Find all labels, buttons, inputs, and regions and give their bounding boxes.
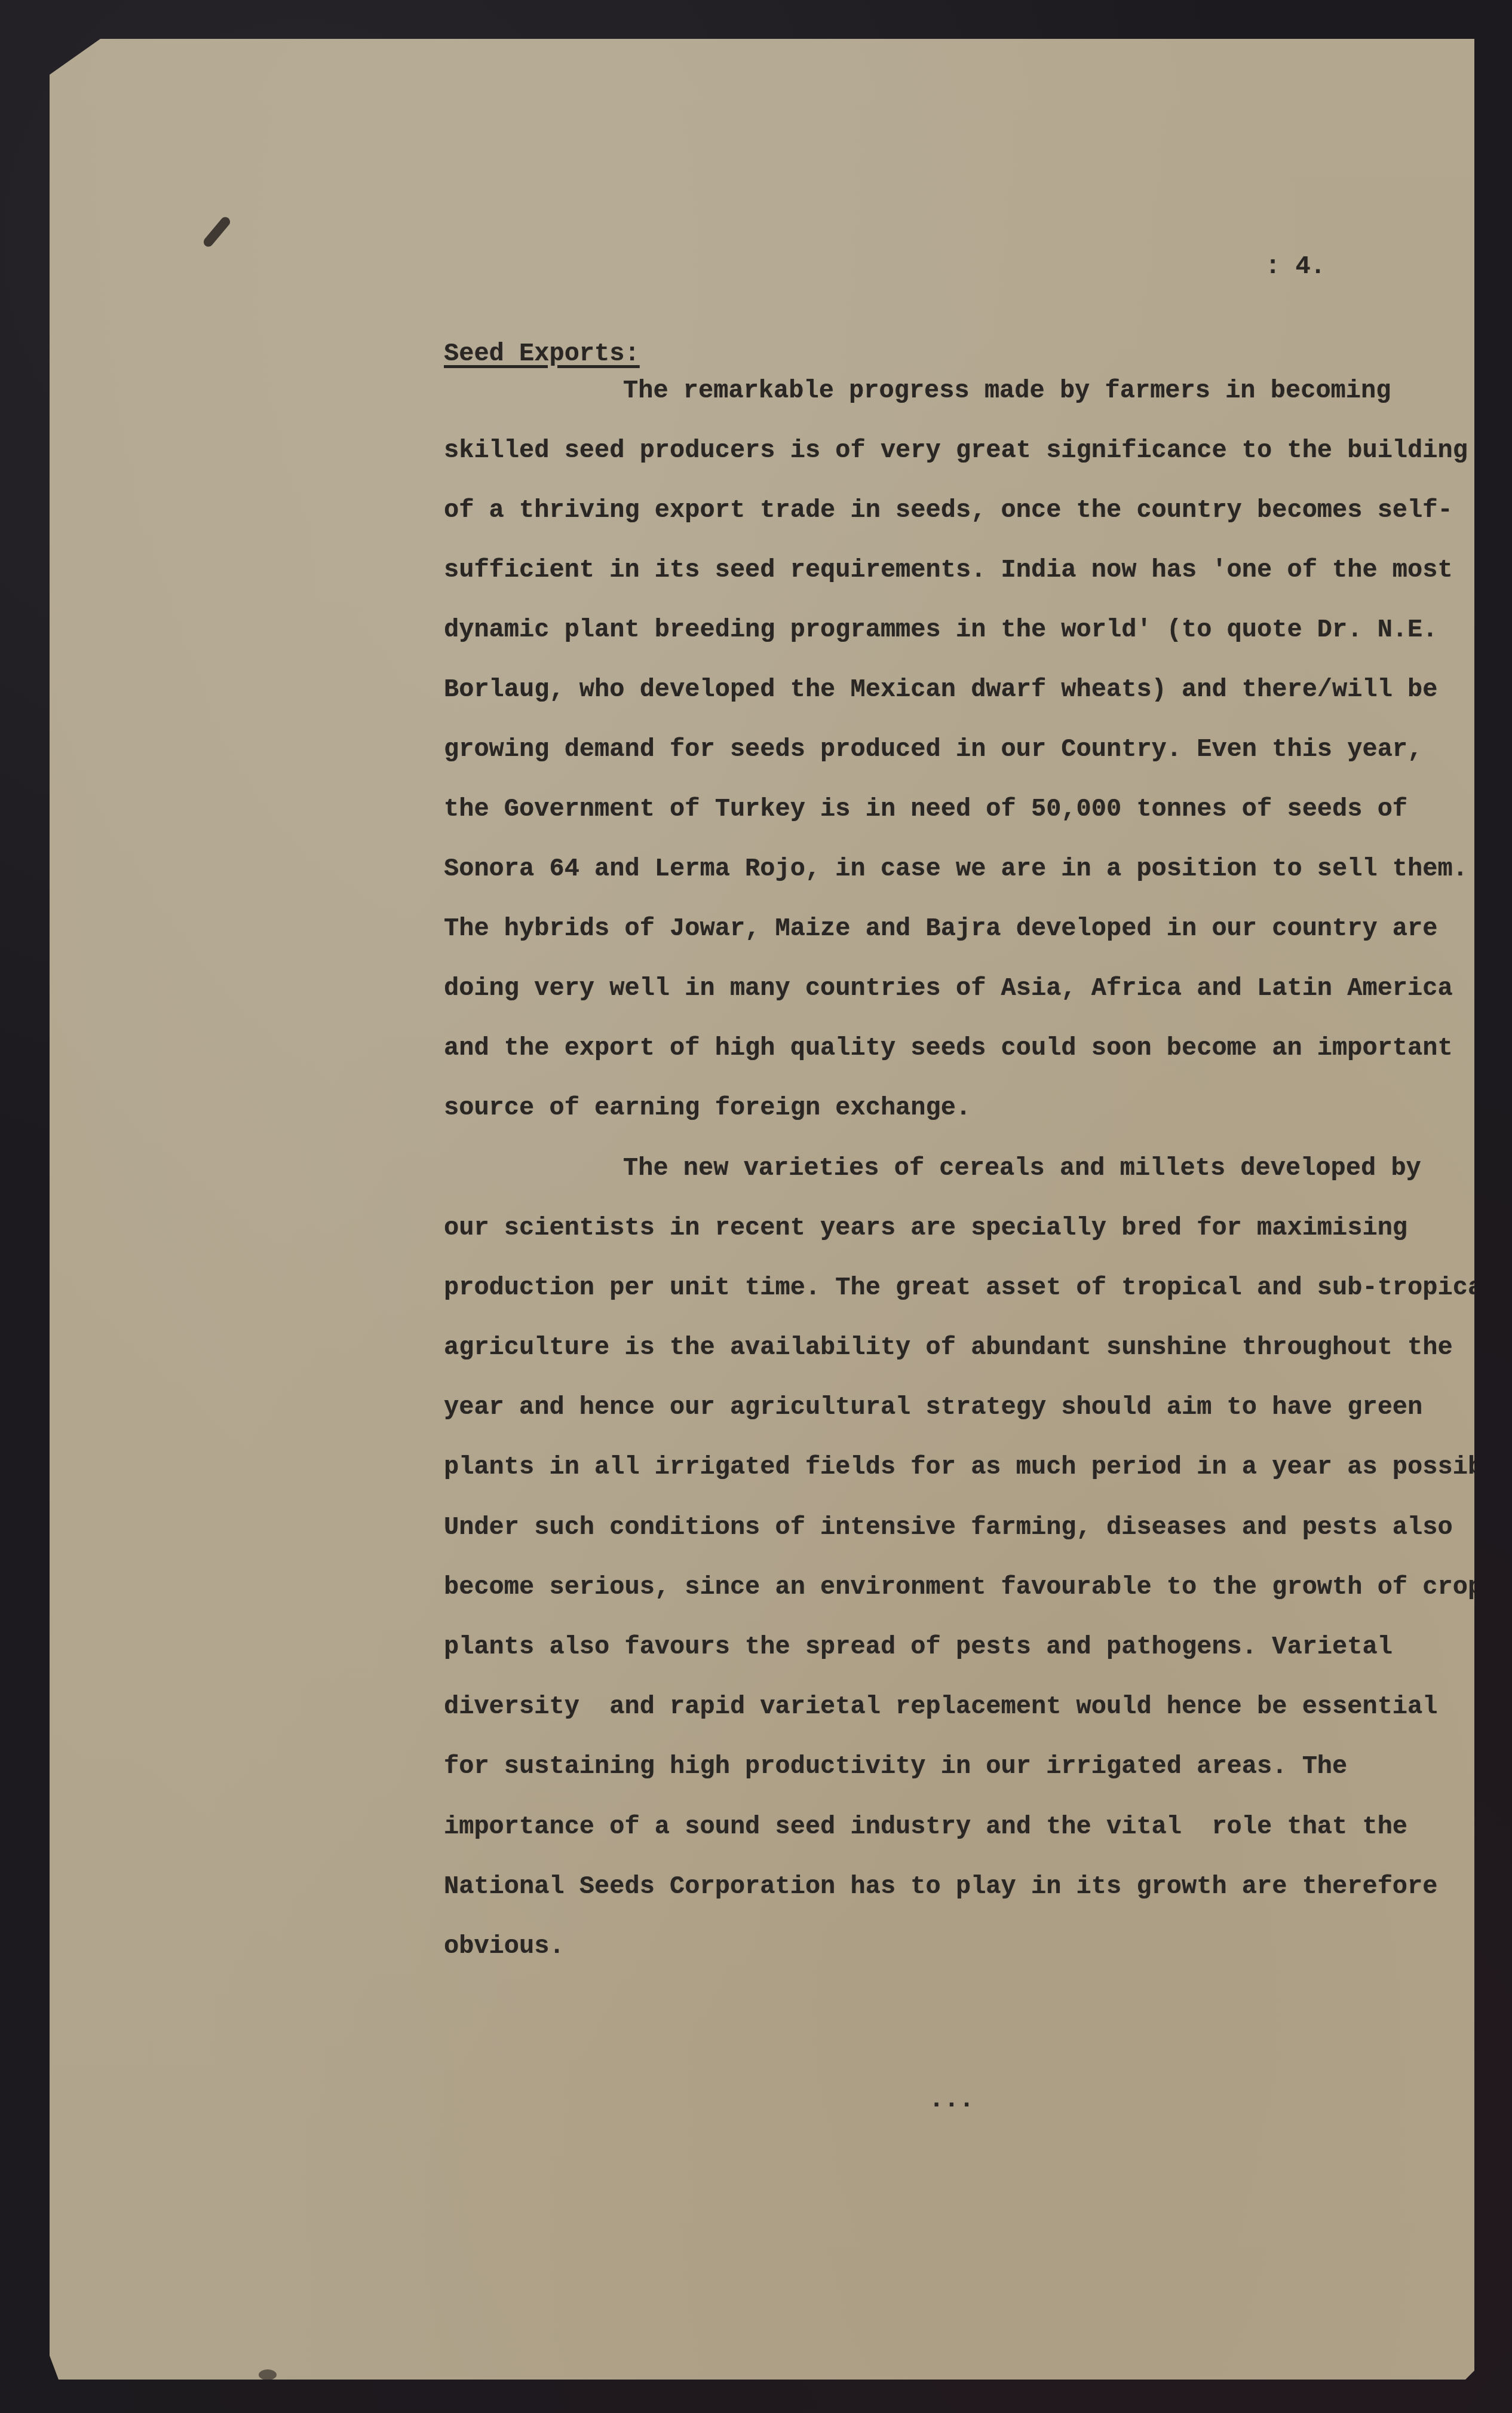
paper-bottom-tear	[259, 2369, 277, 2380]
text-line: The new varieties of cereals and millets…	[623, 1154, 1421, 1183]
paper-tear-mark	[202, 215, 232, 249]
text-line: the Government of Turkey is in need of 5…	[444, 795, 1407, 823]
text-line: for sustaining high productivity in our …	[444, 1752, 1347, 1781]
text-line: Borlaug, who developed the Mexican dwarf…	[444, 675, 1437, 704]
text-line: of a thriving export trade in seeds, onc…	[444, 496, 1453, 525]
text-line: The remarkable progress made by farmers …	[623, 376, 1391, 405]
text-line: dynamic plant breeding programmes in the…	[444, 616, 1437, 644]
page-number: : 4.	[1265, 252, 1326, 281]
text-line: become serious, since an environment fav…	[444, 1573, 1483, 1601]
text-line: plants also favours the spread of pests …	[444, 1633, 1393, 1661]
text-line: and the export of high quality seeds cou…	[444, 1034, 1453, 1062]
text-line: plants in all irrigated fields for as mu…	[444, 1453, 1512, 1481]
document-page: : 4. Seed Exports: The remarkable progre…	[50, 39, 1474, 2380]
text-line: agriculture is the availability of abund…	[444, 1333, 1453, 1362]
text-line: Sonora 64 and Lerma Rojo, in case we are…	[444, 855, 1468, 883]
section-heading: Seed Exports:	[444, 339, 640, 368]
end-mark: ...	[929, 2086, 974, 2114]
text-line: The hybrids of Jowar, Maize and Bajra de…	[444, 914, 1437, 943]
text-line: obvious.	[444, 1932, 565, 1961]
text-line: skilled seed producers is of very great …	[444, 436, 1468, 465]
text-line: doing very well in many countries of Asi…	[444, 974, 1453, 1003]
text-line: our scientists in recent years are speci…	[444, 1214, 1407, 1242]
text-line: growing demand for seeds produced in our…	[444, 735, 1422, 764]
text-line: Under such conditions of intensive farmi…	[444, 1513, 1453, 1542]
text-line: importance of a sound seed industry and …	[444, 1812, 1407, 1841]
text-line: diversity and rapid varietal replacement…	[444, 1692, 1437, 1721]
text-line: source of earning foreign exchange.	[444, 1094, 971, 1122]
text-line: sufficient in its seed requirements. Ind…	[444, 556, 1453, 584]
text-line: production per unit time. The great asse…	[444, 1273, 1498, 1302]
text-line: year and hence our agricultural strategy…	[444, 1393, 1422, 1422]
text-line: National Seeds Corporation has to play i…	[444, 1872, 1437, 1901]
